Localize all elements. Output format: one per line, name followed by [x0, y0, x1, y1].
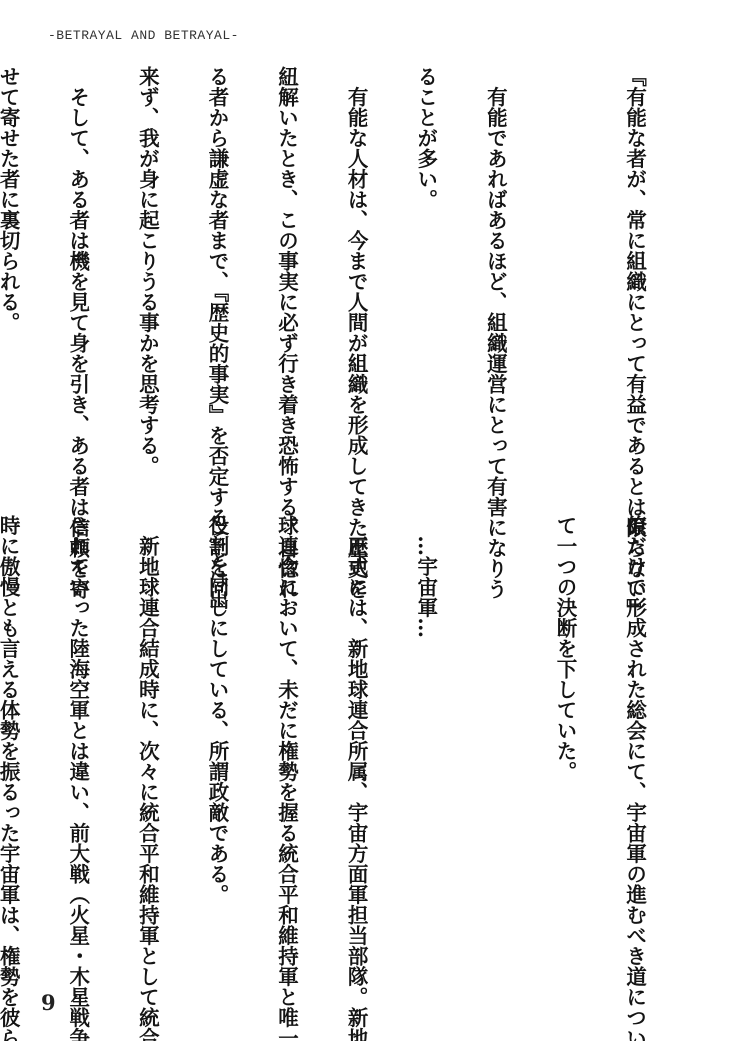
text-line: 役割を同じにしている、所謂政敵である。: [205, 515, 228, 965]
text-line: 僚だけで形成された総会にて、宇宙軍の進むべき道につい: [622, 515, 645, 965]
text-line: 有能であればあるほど、組織運営にとって有害になりう: [483, 66, 506, 506]
text-line: ることが多い。: [414, 66, 437, 506]
text-line: て一つの決断を下していた。: [553, 515, 576, 965]
text-line: 紐解いたとき、この事実に必ず行き着き恐怖する。自惚れ: [274, 66, 297, 506]
text-line: せて寄せた者に裏切られる。: [0, 66, 19, 506]
page-number: 9: [41, 990, 56, 1015]
running-header-title: -BETRAYAL AND BETRAYAL-: [48, 28, 239, 43]
text-line: [553, 66, 576, 506]
text-line: 『有能な者が、常に組織にとって有益であるとは限らない』: [622, 66, 645, 506]
text-line: されていった陸海空軍とは違い、前大戦（火星・木星戦争）: [66, 515, 89, 965]
text-line: 正式には、新地球連合所属、宇宙方面軍担当部隊。新地: [344, 515, 367, 965]
text-line: そして、ある者は機を見て身を引き、ある者は信頼を寄: [66, 66, 89, 506]
text-line: 来ず、我が身に起こりうる事かを思考する。: [135, 66, 158, 506]
body-text-lower-block: 僚だけで形成された総会にて、宇宙軍の進むべき道につい て一つの決断を下していた。…: [0, 515, 692, 965]
text-line: 時に傲慢とも言える体勢を振るった宇宙軍は、権勢を彼ら: [0, 515, 19, 965]
text-line: 球連合において、未だに権勢を握る統合平和維持軍と唯一: [274, 515, 297, 965]
text-line: 有能な人材は、今まで人間が組織を形成してきた歴史を: [344, 66, 367, 506]
body-text-upper-block: 『有能な者が、常に組織にとって有益であるとは限らない』 有能であればあるほど、組…: [0, 66, 692, 506]
text-line: る者から謙虚な者まで、『歴史的事実』を否定することは出: [205, 66, 228, 506]
text-line: 新地球連合結成時に、次々に統合平和維持軍として統合: [135, 515, 158, 965]
text-line: [483, 515, 506, 965]
text-line: …宇宙軍…: [414, 515, 437, 965]
